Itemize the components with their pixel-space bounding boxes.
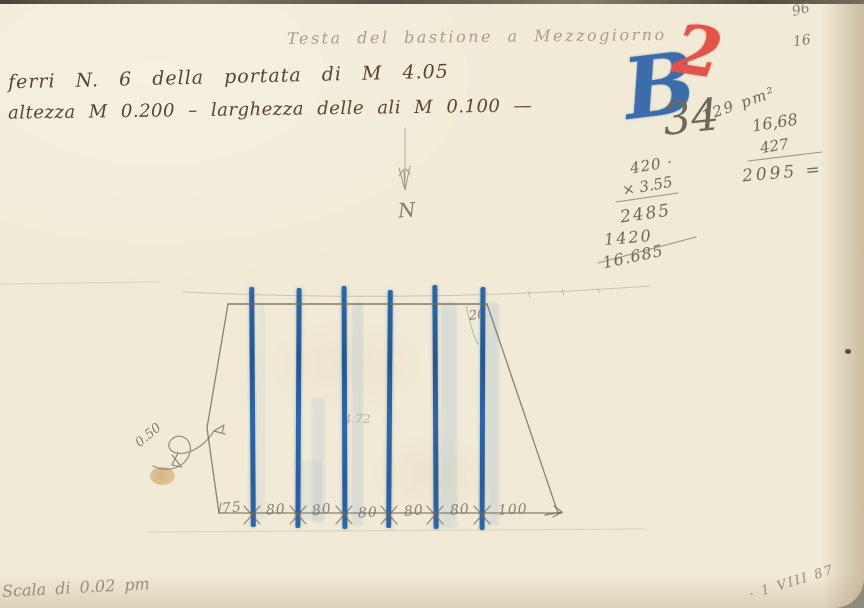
north-label: N [397,197,416,222]
dimension-label: 80 [449,501,470,519]
dimension-label: 80 [403,502,424,520]
dimension-label: 75 [221,499,242,517]
iron-beam-line [480,287,486,530]
wax-stain [150,467,175,485]
drawing-title: Testa del bastione a Mezzogiorno [287,25,667,48]
dimension-label: 100 [498,501,529,519]
corner-number-bottom: 16 [792,32,812,50]
blue-smudge [258,305,265,520]
iron-beam-line [342,286,348,529]
dimension-label: 80 [265,501,286,518]
scanned-drawing-sheet: Testa del bastione a Mezzogiorno ferri N… [0,0,864,608]
blue-smudge [487,303,499,525]
dimension-label: 80 [311,501,333,520]
blue-smudge [352,302,363,526]
blue-smudge [441,302,457,528]
dimension-label: 80 [358,504,379,521]
paper-top-edge [0,0,864,4]
ink-speck [845,349,851,354]
